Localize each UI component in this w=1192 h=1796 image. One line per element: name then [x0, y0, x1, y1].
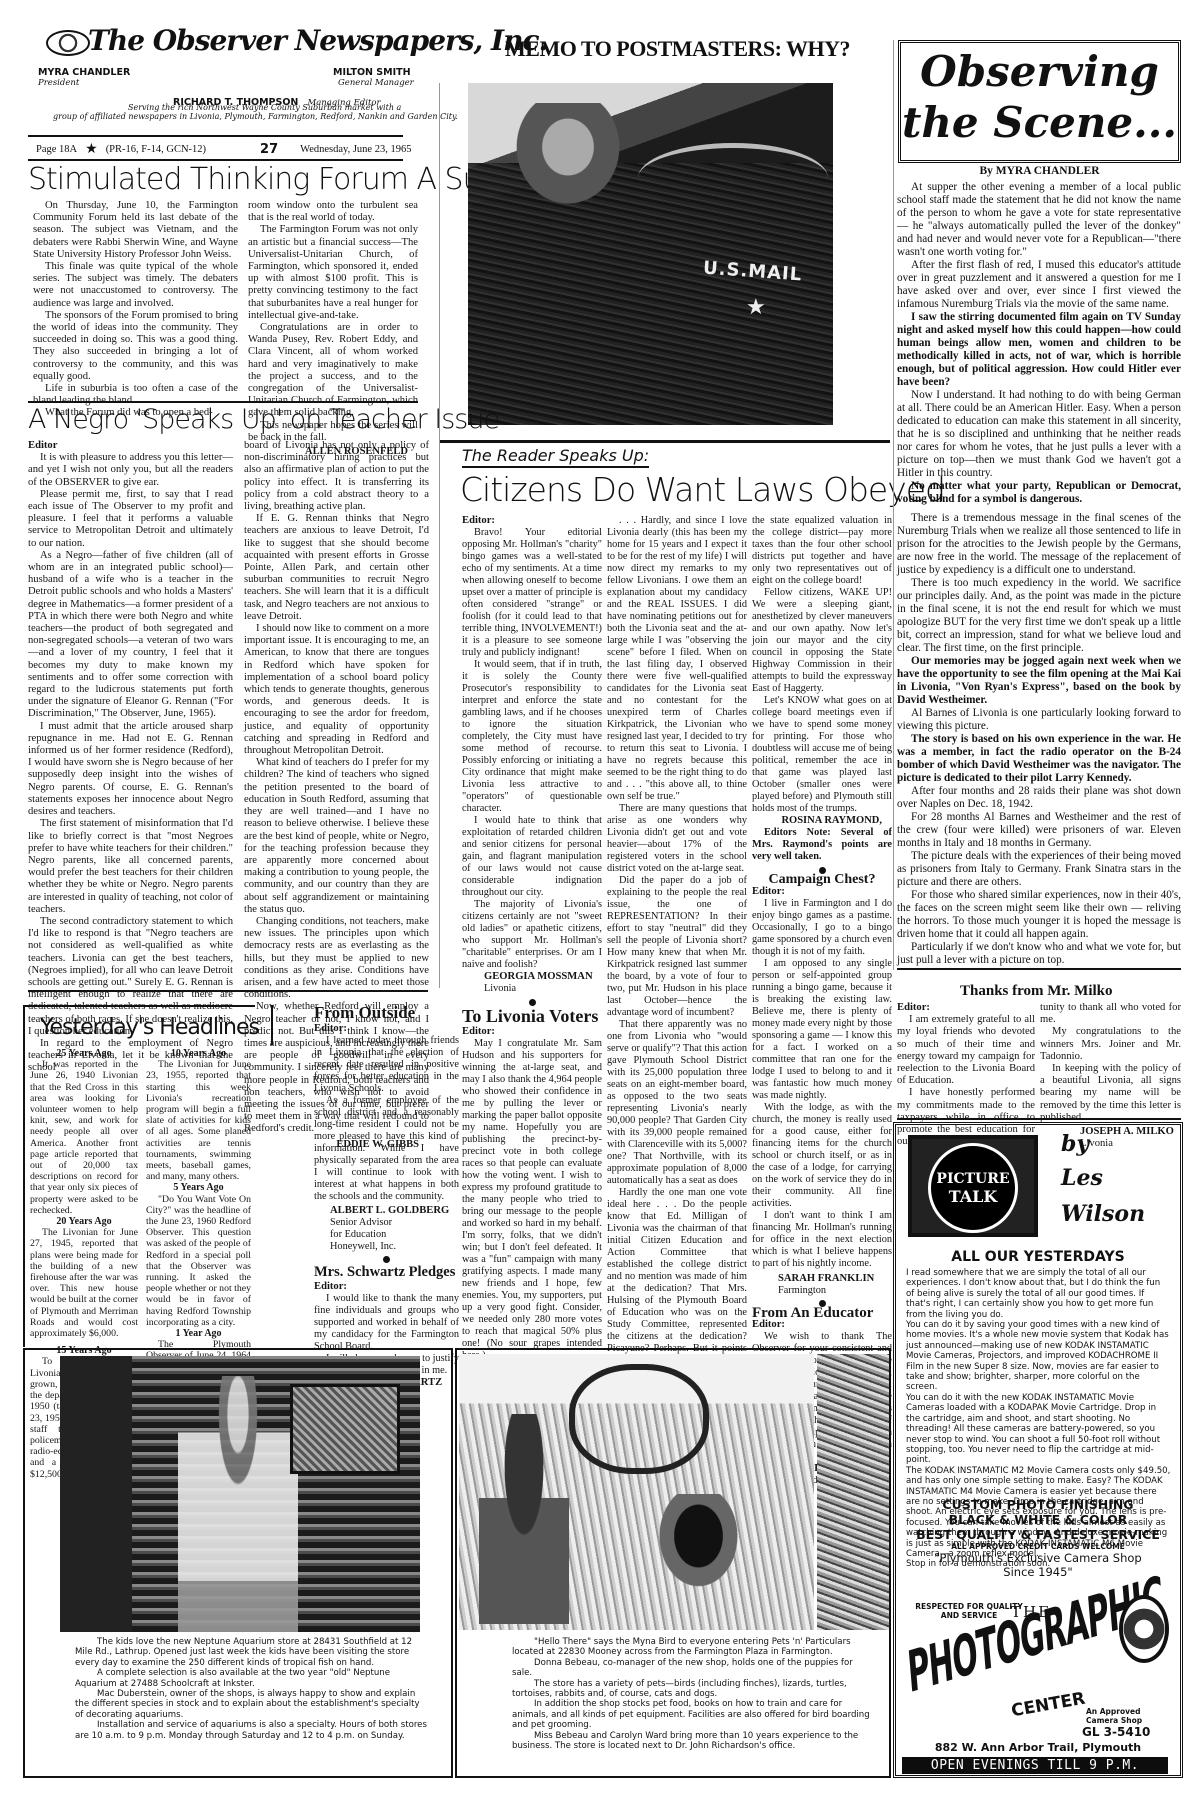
salutation: Editor:: [462, 515, 602, 527]
letter-paragraph: I live in Farmington and I do enjoy bing…: [752, 898, 892, 958]
section-rule: [897, 968, 1181, 970]
yesterday-section-text: The Livonian for June 23, 1955, reported…: [146, 1059, 251, 1182]
masthead-logo-icon: [46, 30, 90, 56]
star-emblem-icon: ★: [746, 295, 766, 320]
observing-paragraph: After four months and 28 raids their pla…: [897, 785, 1181, 811]
letter-paragraph: I am opposed to any single person or sel…: [752, 958, 892, 1102]
observing-paragraph: At supper the other evening a member of …: [897, 181, 1181, 259]
ad-paragraph: I read somewhere that we are simply the …: [906, 1268, 1171, 1320]
reader-speaks-kicker: The Reader Speaks Up:: [462, 446, 649, 468]
letter-paragraph: That there apparently was no one from Li…: [607, 1019, 747, 1187]
letter-paragraph: There are many questions that arise as o…: [607, 803, 747, 875]
from-outside-letter: From Outside Editor: I learned today thr…: [314, 1003, 459, 1401]
yesterday-section-text: It was reported in the June 26, 1940 Liv…: [30, 1059, 138, 1216]
caption-paragraph: Donna Bebeau, co-manager of the new shop…: [512, 1658, 872, 1679]
postmasters-headline: MEMO TO POSTMASTERS: WHY?: [505, 36, 850, 62]
observing-paragraph: For 28 months Al Barnes and Westheimer a…: [897, 811, 1181, 850]
caption-paragraph: The kids love the new Neptune Aquarium s…: [75, 1637, 430, 1668]
caption-paragraph: "Hello There" says the Myna Bird to ever…: [512, 1637, 872, 1658]
dog-photo: [817, 1354, 889, 1630]
observing-byline: By MYRA CHANDLER: [898, 165, 1181, 177]
forum-paragraph: The sponsors of the Forum promised to br…: [33, 310, 238, 383]
forum-paragraph: room window onto the turbulent sea that …: [248, 200, 418, 224]
letter-paragraph: The majority of Livonia's citizens certa…: [462, 899, 602, 971]
observing-paragraph: I saw the stirring documented film again…: [897, 311, 1181, 389]
observing-paragraph: After the first flash of red, I mused th…: [897, 259, 1181, 311]
pet-shop-photo: [459, 1354, 814, 1630]
observing-title-box: Observing the Scene...: [898, 40, 1181, 163]
forum-paragraph: On Thursday, June 10, the Farmington Com…: [33, 200, 238, 261]
editors-note: Editors Note: Several of Mrs. Raymond's …: [752, 827, 892, 863]
letter-paragraph: I am extremely grateful to all my loyal …: [897, 1014, 1035, 1087]
camera-lens-icon: [1119, 1595, 1169, 1663]
store-center: CENTER: [1010, 1689, 1087, 1722]
signature-city: Farmington: [752, 1285, 892, 1297]
yesterday-headline: Yesterday's Headlines: [40, 1015, 259, 1040]
store-address: 882 W. Ann Arbor Trail, Plymouth: [896, 1741, 1180, 1754]
reader-speaks-headline: Citizens Do Want Laws Obeyed: [460, 470, 945, 509]
observing-title-2: the Scene...: [901, 97, 1178, 149]
milko-headline: Thanks from Mr. Milko: [960, 983, 1113, 1000]
from-outside-headline: From Outside: [314, 1003, 459, 1023]
section-rule: [28, 990, 428, 992]
yesterday-section-title: 5 Years Ago: [146, 1182, 251, 1193]
author-last: Wilson: [1061, 1201, 1145, 1227]
observing-paragraph: The picture deals with the experiences o…: [897, 850, 1181, 889]
promo-line: "Plymouth's Exclusive Camera Shop: [896, 1551, 1180, 1565]
section-rule: [28, 401, 418, 403]
ad-paragraph: You can do it with the new KODAK INSTAMA…: [906, 1393, 1171, 1466]
letter-paragraph: My congratulations to the winners Mrs. J…: [1040, 1026, 1181, 1063]
page-number: Page 18A: [36, 144, 77, 155]
observing-paragraph: Al Barnes of Livonia is one particularly…: [897, 707, 1181, 733]
caption-paragraph: The store has a variety of pets—birds (i…: [512, 1679, 872, 1700]
yesterday-section-text: "Do You Want Vote On City?" was the head…: [146, 1194, 251, 1328]
letter-paragraph: the state equalized valuation in the col…: [752, 515, 892, 587]
pets-caption: "Hello There" says the Myna Bird to ever…: [512, 1637, 872, 1751]
observing-paragraph: For those who shared similar experiences…: [897, 889, 1181, 941]
letter-paragraph: The first statement of misinformation th…: [28, 818, 233, 916]
salutation: Editor:: [752, 886, 892, 898]
signature: ALBERT L. GOLDBERG: [314, 1205, 459, 1217]
manager-name: MILTON SMITH: [333, 67, 411, 78]
badge-talk: TALK: [949, 1187, 998, 1206]
observing-paragraph: There is a tremendous message in the fin…: [897, 512, 1181, 577]
approved-2: Camera Shop: [1086, 1716, 1142, 1725]
section-rule: [897, 1118, 1181, 1120]
tagline-1: Serving the rich Northwest Wayne County …: [128, 103, 401, 112]
masthead-rule: [28, 135, 403, 137]
letter-paragraph: . . . Hardly, and since I love Livonia d…: [607, 515, 747, 803]
reader-col-2: . . . Hardly, and since I love Livonia d…: [607, 515, 747, 1475]
letter-paragraph: Fellow citizens, WAKE UP! We were a slee…: [752, 587, 892, 695]
letter-paragraph: I would hate to think that exploitation …: [462, 815, 602, 899]
folio-rule: [28, 159, 403, 161]
yesterday-section-title: 1 Year Ago: [146, 1328, 251, 1339]
schwartz-headline: Mrs. Schwartz Pledges: [314, 1263, 459, 1281]
signature: ROSINA RAYMOND,: [752, 815, 892, 827]
aquarium-caption: The kids love the new Neptune Aquarium s…: [75, 1637, 430, 1741]
salutation: Editor:: [897, 1002, 1035, 1014]
observing-paragraph: Now I understand. It had nothing to do w…: [897, 389, 1181, 480]
masthead: The Observer Newspapers, Inc. MYRA CHAND…: [18, 10, 418, 130]
issue-number: 27: [260, 142, 278, 157]
forum-paragraph: This finale was quite typical of the who…: [33, 261, 238, 310]
letter-paragraph: It is with pleasure to address you this …: [28, 452, 233, 489]
letter-paragraph: May I congratulate Mr. Sam Hudson and hi…: [462, 1038, 602, 1362]
campaign-chest-headline: Campaign Chest?: [752, 874, 892, 886]
observing-paragraph: Our memories may be jogged again next we…: [897, 655, 1181, 707]
mail-truck-photo: U.S.MAIL ★: [468, 83, 833, 425]
letter-paragraph: As a former employee of the school distr…: [314, 1095, 459, 1203]
masthead-title: The Observer Newspapers, Inc.: [88, 24, 547, 57]
letter-paragraph: board of Livonia has not only a policy o…: [244, 440, 429, 513]
promo-line: CUSTOM PHOTO FINISHING: [896, 1497, 1180, 1512]
author-first: Les: [1061, 1165, 1103, 1191]
pets-ad: "Hello There" says the Myna Bird to ever…: [455, 1348, 891, 1778]
letter-paragraph: In keeping with the policy of a beautifu…: [1040, 1063, 1181, 1124]
section-rule: [440, 440, 890, 443]
ad-paragraph: You can do it by saving your good times …: [906, 1320, 1171, 1393]
column-divider: [439, 83, 440, 988]
picture-talk-badge: PICTURE TALK: [908, 1135, 1038, 1237]
caption-paragraph: Miss Bebeau and Carolyn Ward bring more …: [512, 1731, 872, 1752]
signature-title: for Education: [314, 1229, 459, 1241]
letter-paragraph: I would like to thank the many fine indi…: [314, 1293, 459, 1353]
aquarium-photo: [60, 1356, 420, 1632]
aquarium-ad: The kids love the new Neptune Aquarium s…: [23, 1348, 453, 1778]
yesterday-section-title: 10 Years Ago: [146, 1048, 251, 1059]
observing-body: At supper the other evening a member of …: [897, 181, 1181, 967]
letter-paragraph: Did the paper do a job of explaining to …: [607, 875, 747, 1019]
letter-paragraph: Let's KNOW what goes on at college board…: [752, 695, 892, 815]
yesterday-section-text: The Livonian for June 27, 1945, reported…: [30, 1227, 138, 1339]
signature-city: Livonia: [462, 983, 602, 995]
letter-paragraph: Please permit me, first, to say that I r…: [28, 489, 233, 550]
letter-paragraph: Changing conditions, not teachers, make …: [244, 916, 429, 1001]
letter-paragraph: I should now like to comment on a more i…: [244, 623, 429, 757]
letter-paragraph: tunity to thank all who voted for me.: [1040, 1002, 1181, 1026]
folio-line: Page 18A ★ (PR-16, F-14, GCN-12) 27 Wedn…: [36, 140, 406, 158]
caption-paragraph: Mac Duberstein, owner of the shops, is a…: [75, 1689, 430, 1720]
signature: GEORGIA MOSSMAN: [462, 971, 602, 983]
letter-paragraph: What kind of teachers do I prefer for my…: [244, 757, 429, 916]
store-phone: GL 3-5410: [1082, 1725, 1150, 1739]
letter-paragraph: It would seem, that if in truth, it is s…: [462, 659, 602, 815]
promo-line: BLACK & WHITE & COLOR: [896, 1512, 1180, 1527]
edition-codes: (PR-16, F-14, GCN-12): [106, 144, 206, 155]
to-livonia-voters-headline: To Livonia Voters: [462, 1006, 602, 1026]
caption-paragraph: Installation and service of aquariums is…: [75, 1720, 430, 1741]
column-divider: [893, 40, 894, 970]
bullet-icon: [529, 999, 536, 1006]
yesterday-section-title: 20 Years Ago: [30, 1216, 138, 1227]
salutation: Editor:: [314, 1023, 459, 1035]
observing-paragraph: Particularly if we don't know who and wh…: [897, 941, 1181, 967]
observing-paragraph: There is too much expediency in the worl…: [897, 577, 1181, 655]
signature-title: Honeywell, Inc.: [314, 1241, 459, 1253]
president-name: MYRA CHANDLER: [38, 67, 130, 78]
approved-1: An Approved: [1086, 1707, 1141, 1716]
salutation: Editor:: [314, 1281, 459, 1293]
forum-col-1: On Thursday, June 10, the Farmington Com…: [33, 200, 238, 420]
star-icon: ★: [85, 141, 98, 158]
promo-line: BEST QUALITY & FASTEST SERVICE: [896, 1527, 1180, 1542]
picture-talk-headline: ALL OUR YESTERDAYS: [896, 1249, 1180, 1265]
letter-paragraph: I don't want to think I am financing Mr.…: [752, 1210, 892, 1270]
picture-talk-ad: PICTURE TALK by Les Wilson ALL OUR YESTE…: [893, 1122, 1183, 1778]
president-title: President: [38, 78, 79, 88]
from-an-educator-headline: From An Educator: [752, 1307, 892, 1319]
signature-title: Senior Advisor: [314, 1217, 459, 1229]
promo-line: ALL APPROVED CREDIT CARDS WELCOME: [896, 1542, 1180, 1551]
reader-col-3: the state equalized valuation in the col…: [752, 515, 892, 1487]
forum-paragraph: The Farmington Forum was not only an art…: [248, 224, 418, 322]
letter-paragraph: As a Negro—father of five children (all …: [28, 550, 233, 721]
salutation: Editor:: [462, 1026, 602, 1038]
manager-title: General Manager: [338, 78, 414, 88]
bullet-icon: [383, 1256, 390, 1263]
caption-paragraph: In addition the shop stocks pet food, bo…: [512, 1699, 872, 1730]
badge-picture: PICTURE: [936, 1171, 1009, 1187]
salutation: Editor: [28, 440, 233, 452]
promo-block: CUSTOM PHOTO FINISHING BLACK & WHITE & C…: [896, 1497, 1180, 1579]
letter-paragraph: With the lodge, as with the church, the …: [752, 1102, 892, 1210]
tagline-2: group of affiliated newspapers in Livoni…: [53, 112, 458, 121]
caption-paragraph: A complete selection is also available a…: [75, 1668, 430, 1689]
teacher-letter-col-1: Editor It is with pleasure to address yo…: [28, 440, 233, 1075]
signature: SARAH FRANKLIN: [752, 1273, 892, 1285]
issue-date: Wednesday, June 23, 1965: [300, 144, 411, 155]
by-label: by: [1061, 1131, 1089, 1157]
yesterday-section-title: 25 Years Ago: [30, 1048, 138, 1059]
letter-paragraph: Bravo! Your editorial opposing Mr. Hollm…: [462, 527, 602, 659]
store-hours: OPEN EVENINGS TILL 9 P.M.: [902, 1757, 1168, 1774]
letter-paragraph: If E. G. Rennan thinks that Negro teache…: [244, 513, 429, 623]
teacher-issue-headline: A Negro 'Speaks Up' on Teacher Issue: [28, 404, 499, 435]
observing-paragraph: The story is based on his own experience…: [897, 733, 1181, 785]
letter-paragraph: I learned today through friends in Livon…: [314, 1035, 459, 1095]
letter-paragraph: I must admit that the article aroused sh…: [28, 721, 233, 819]
observing-title-1: Observing: [901, 47, 1178, 97]
